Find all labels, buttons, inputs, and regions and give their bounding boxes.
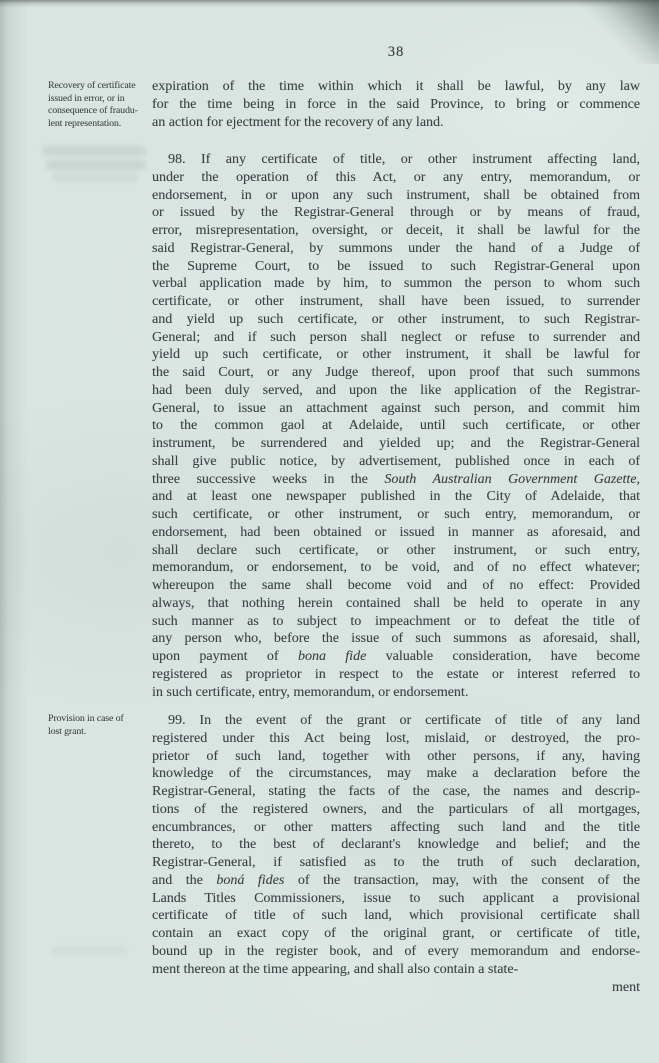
text-line: Lands Titles Commissioners, issue to suc… [152, 890, 640, 908]
text-line: for the time being in force in the said … [152, 96, 640, 114]
text-line: such certificate, or other instrument, o… [152, 506, 640, 524]
text-line: error, misrepresentation, oversight, or … [152, 222, 640, 240]
text-line: an action for ejectment for the recovery… [152, 114, 640, 132]
document-page: 38 Recovery of certificateissued in erro… [0, 0, 659, 1063]
text-line: to the common gaol at Adelaide, until su… [152, 417, 640, 435]
text-line: shall declare such certificate, or other… [152, 542, 640, 560]
margin-note-line: Recovery of certificate [48, 80, 156, 93]
text-line: the Supreme Court, to be issued to such … [152, 258, 640, 276]
text-line: certificate, or other instrument, shall … [152, 293, 640, 311]
italic-text: bona fide [298, 649, 366, 664]
bleed-through-smudge [52, 173, 138, 182]
text-line: Registrar-General, stating the facts of … [152, 783, 640, 801]
text-line: bound up in the register book, and of ev… [152, 943, 640, 961]
margin-note-line: issued in error, or in [48, 93, 156, 106]
bleed-through-smudge [52, 946, 128, 954]
bleed-through-smudge [42, 146, 146, 156]
text-line: endorsement, in or upon any such instrum… [152, 187, 640, 205]
text-line: shall give public notice, by advertiseme… [152, 453, 640, 471]
margin-note-continuation: Recovery of certificateissued in error, … [48, 80, 156, 130]
text-line: memorandum, or endorsement, to be void, … [152, 559, 640, 577]
text-line: 98. If any certificate of title, or othe… [152, 151, 640, 169]
text-line: certificate of title of such land, which… [152, 907, 640, 925]
text-line: 99. In the event of the grant or certifi… [152, 712, 640, 730]
text-line: three successive weeks in the South Aust… [152, 471, 640, 489]
page-edge-shadow-left [0, 0, 30, 1063]
text-line: the said Court, or any Judge thereof, up… [152, 364, 640, 382]
text-line: Registrar-General, if satisfied as to th… [152, 854, 640, 872]
text-line: and at least one newspaper published in … [152, 488, 640, 506]
text-line: had been duly served, and upon the like … [152, 382, 640, 400]
text-line: registered under this Act being lost, mi… [152, 730, 640, 748]
text-line: contain an exact copy of the original gr… [152, 925, 640, 943]
text-line: expiration of the time within which it s… [152, 78, 640, 96]
text-line: General, to issue an attachment against … [152, 400, 640, 418]
text-line: whereupon the same shall become void and… [152, 577, 640, 595]
text-line: tions of the registered owners, and the … [152, 801, 640, 819]
text-line: verbal application made by him, to summo… [152, 275, 640, 293]
italic-text: boná fides [216, 873, 284, 888]
text-line: yield up such certificate, or other inst… [152, 346, 640, 364]
margin-note-line: consequence of fraudu- [48, 105, 156, 118]
text-line: instrument, be surrendered and yielded u… [152, 435, 640, 453]
italic-text: South Australian Government Gazette [384, 472, 636, 487]
text-line: prietor of such land, together with othe… [152, 748, 640, 766]
paragraph-section-98: 98. If any certificate of title, or othe… [152, 151, 640, 701]
text-line: thereto, to the best of declarant's know… [152, 836, 640, 854]
page-edge-shadow-top [0, 0, 659, 8]
text-line: encumbrances, or other matters affecting… [152, 819, 640, 837]
text-line: always, that nothing herein contained sh… [152, 595, 640, 613]
page-number: 38 [152, 44, 640, 61]
text-line: ment thereon at the time appearing, and … [152, 961, 640, 979]
catchword: ment [152, 980, 640, 996]
margin-note-section-99: Provision in case oflost grant. [48, 713, 156, 738]
text-line: upon payment of bona fide valuable consi… [152, 648, 640, 666]
text-line: registered as proprietor in respect to t… [152, 666, 640, 684]
text-line: and yield up such certificate, or other … [152, 311, 640, 329]
margin-note-line: lent representation. [48, 118, 156, 131]
paragraph-section-99: 99. In the event of the grant or certifi… [152, 712, 640, 978]
paragraph-continuation: expiration of the time within which it s… [152, 78, 640, 131]
text-line: any person who, before the issue of such… [152, 630, 640, 648]
text-line: said Registrar-General, by summons under… [152, 240, 640, 258]
text-line: endorsement, had been obtained or issued… [152, 524, 640, 542]
text-line: or issued by the Registrar-General throu… [152, 204, 640, 222]
text-line: and the boná fides of the transaction, m… [152, 872, 640, 890]
text-line: under the operation of this Act, or any … [152, 169, 640, 187]
text-line: in such certificate, entry, memorandum, … [152, 684, 640, 702]
bleed-through-smudge [46, 160, 146, 170]
margin-note-line: Provision in case of [48, 713, 156, 726]
text-line: General; and if such person shall neglec… [152, 329, 640, 347]
margin-note-line: lost grant. [48, 726, 156, 739]
text-line: knowledge of the circumstances, may make… [152, 765, 640, 783]
text-line: such manner as to subject to impeachment… [152, 613, 640, 631]
